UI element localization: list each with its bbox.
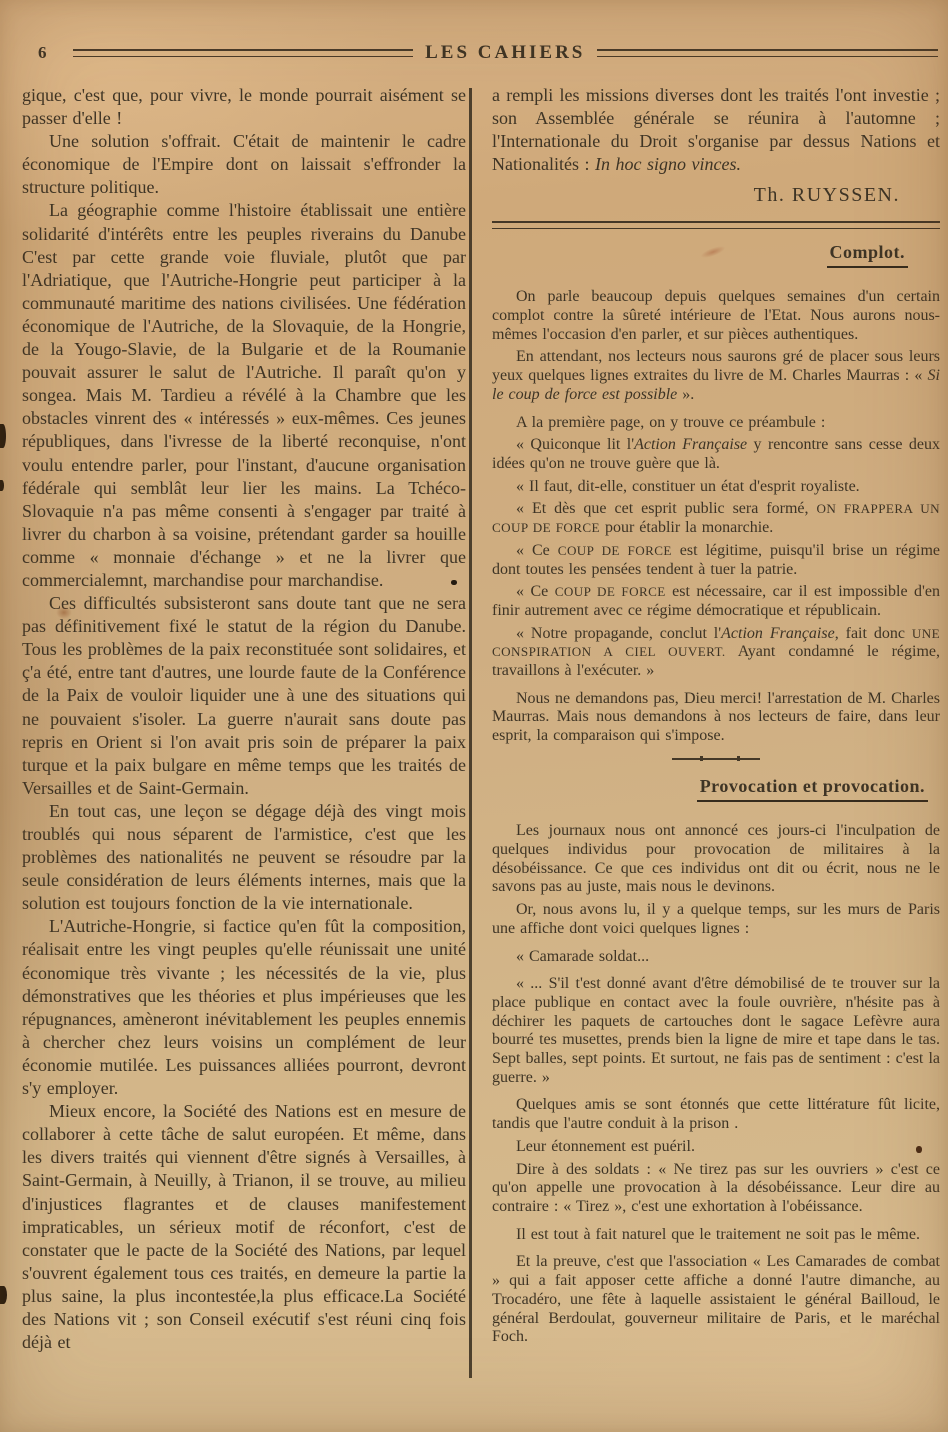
section-divider-short-rule bbox=[672, 758, 760, 761]
text-run: Les journaux nous ont annoncé ces jours-… bbox=[492, 822, 940, 895]
text-run: « Et dès que cet esprit public sera form… bbox=[516, 500, 816, 517]
text-run: Dire à des soldats : « Ne tirez pas sur … bbox=[492, 1161, 940, 1215]
italic-text: Action Française bbox=[721, 625, 835, 642]
author-signature: Th. RUYSSEN. bbox=[492, 184, 940, 207]
paragraph: Or, nous avons lu, il y a quelque temps,… bbox=[492, 901, 940, 938]
paragraph: « Quiconque lit l'Action Française y ren… bbox=[492, 436, 940, 473]
text-run: « Notre propagande, conclut l' bbox=[516, 625, 721, 642]
text-run: A la première page, on y trouve ce préam… bbox=[516, 414, 825, 431]
italic-text: Action Française bbox=[634, 436, 747, 453]
text-run: « Ce bbox=[516, 542, 558, 559]
text-run: ». bbox=[677, 386, 694, 403]
text-run: La géographie comme l'histoire établissa… bbox=[22, 200, 466, 590]
header-rule-left bbox=[73, 49, 414, 57]
paragraph: « ... S'il t'est donné avant d'être démo… bbox=[492, 975, 940, 1087]
paragraph: Et la preuve, c'est que l'association « … bbox=[492, 1253, 940, 1347]
paragraph: Nous ne demandons pas, Dieu merci! l'arr… bbox=[492, 690, 940, 746]
paragraph: « Notre propagande, conclut l'Action Fra… bbox=[492, 625, 940, 681]
masthead-title: LES CAHIERS bbox=[413, 42, 597, 64]
paragraph: En tout cas, une leçon se dégage déjà de… bbox=[22, 800, 466, 915]
section-heading-row: Provocation et provocation. bbox=[492, 776, 940, 802]
paragraph: On parle beaucoup depuis quelques semain… bbox=[492, 288, 940, 344]
text-run: « Ce bbox=[516, 583, 555, 600]
paragraph: « Et dès que cet esprit public sera form… bbox=[492, 500, 940, 537]
column-divider-rule bbox=[469, 88, 472, 1378]
paragraph: La géographie comme l'histoire établissa… bbox=[22, 199, 466, 592]
section-provocation-body: Les journaux nous ont annoncé ces jours-… bbox=[492, 822, 940, 1347]
paragraph: « Il faut, dit-elle, constituer un état … bbox=[492, 478, 940, 497]
text-run: « Il faut, dit-elle, constituer un état … bbox=[516, 478, 860, 495]
ink-speck bbox=[451, 580, 457, 585]
section-heading-complot: Complot. bbox=[827, 242, 909, 268]
paragraph: L'Autriche-Hongrie, si factice qu'en fût… bbox=[22, 915, 466, 1100]
italic-text: In hoc signo vinces. bbox=[595, 154, 741, 174]
section-complot-body: On parle beaucoup depuis quelques semain… bbox=[492, 288, 940, 745]
page-header: 6 LES CAHIERS bbox=[0, 42, 948, 64]
header-rule-right bbox=[597, 49, 938, 57]
text-run: gique, c'est que, pour vivre, le monde p… bbox=[22, 85, 466, 128]
smallcaps-text: COUP DE FORCE bbox=[555, 584, 666, 599]
paragraph: a rempli les missions diverses dont les … bbox=[492, 84, 940, 176]
left-column: gique, c'est que, pour vivre, le monde p… bbox=[22, 84, 466, 1354]
paragraph: « Camarade soldat... bbox=[492, 948, 940, 967]
ink-speck bbox=[916, 1146, 922, 1153]
paragraph: Mieux encore, la Société des Nations est… bbox=[22, 1100, 466, 1354]
text-run: Mieux encore, la Société des Nations est… bbox=[22, 1101, 466, 1352]
text-run: Or, nous avons lu, il y a quelque temps,… bbox=[492, 901, 940, 937]
text-run: « Quiconque lit l' bbox=[516, 436, 634, 453]
paragraph: Une solution s'offrait. C'était de maint… bbox=[22, 130, 466, 199]
right-column: a rempli les missions diverses dont les … bbox=[492, 84, 940, 1347]
text-run: On parle beaucoup depuis quelques semain… bbox=[492, 288, 940, 342]
ink-speck bbox=[0, 424, 6, 448]
text-run: pour établir la monarchie. bbox=[600, 519, 773, 536]
article-continuation: a rempli les missions diverses dont les … bbox=[492, 84, 940, 176]
text-run: Il est tout à fait naturel que le traite… bbox=[516, 1226, 920, 1243]
paragraph: « Ce COUP DE FORCE est légitime, puisqu'… bbox=[492, 542, 940, 579]
paragraph: En attendant, nos lecteurs nous saurons … bbox=[492, 348, 940, 404]
paragraph: « Ce COUP DE FORCE est nécessaire, car i… bbox=[492, 583, 940, 620]
section-heading-provocation: Provocation et provocation. bbox=[697, 776, 928, 802]
paragraph: Dire à des soldats : « Ne tirez pas sur … bbox=[492, 1161, 940, 1217]
text-run: Nous ne demandons pas, Dieu merci! l'arr… bbox=[492, 690, 940, 744]
page-number: 6 bbox=[38, 43, 47, 63]
paper-stain bbox=[56, 606, 72, 619]
ink-speck bbox=[0, 1286, 7, 1304]
paragraph: Ces difficultés subsisteront sans doute … bbox=[22, 592, 466, 800]
text-run: , fait donc bbox=[835, 625, 912, 642]
paragraph: Il est tout à fait naturel que le traite… bbox=[492, 1226, 940, 1245]
magazine-page: 6 LES CAHIERS gique, c'est que, pour viv… bbox=[0, 0, 948, 1432]
paragraph: Quelques amis se sont étonnés que cette … bbox=[492, 1096, 940, 1133]
paragraph: Les journaux nous ont annoncé ces jours-… bbox=[492, 822, 940, 897]
ink-speck bbox=[0, 480, 4, 491]
text-run: En attendant, nos lecteurs nous saurons … bbox=[492, 348, 940, 384]
text-run: Leur étonnement est puéril. bbox=[516, 1138, 695, 1155]
text-run: L'Autriche-Hongrie, si factice qu'en fût… bbox=[22, 916, 466, 1098]
text-run: « Camarade soldat... bbox=[516, 948, 649, 965]
text-run: Quelques amis se sont étonnés que cette … bbox=[492, 1096, 940, 1132]
text-run: Et la preuve, c'est que l'association « … bbox=[492, 1253, 940, 1345]
text-run: En tout cas, une leçon se dégage déjà de… bbox=[22, 801, 466, 913]
text-run: « ... S'il t'est donné avant d'être démo… bbox=[492, 975, 940, 1086]
paragraph: gique, c'est que, pour vivre, le monde p… bbox=[22, 84, 466, 130]
section-divider-double-rule bbox=[492, 221, 940, 229]
paragraph: A la première page, on y trouve ce préam… bbox=[492, 414, 940, 433]
text-run: Une solution s'offrait. C'était de maint… bbox=[22, 131, 466, 197]
paragraph: Leur étonnement est puéril. bbox=[492, 1138, 940, 1157]
smallcaps-text: COUP DE FORCE bbox=[558, 543, 672, 558]
text-run: Ces difficultés subsisteront sans doute … bbox=[22, 593, 466, 798]
